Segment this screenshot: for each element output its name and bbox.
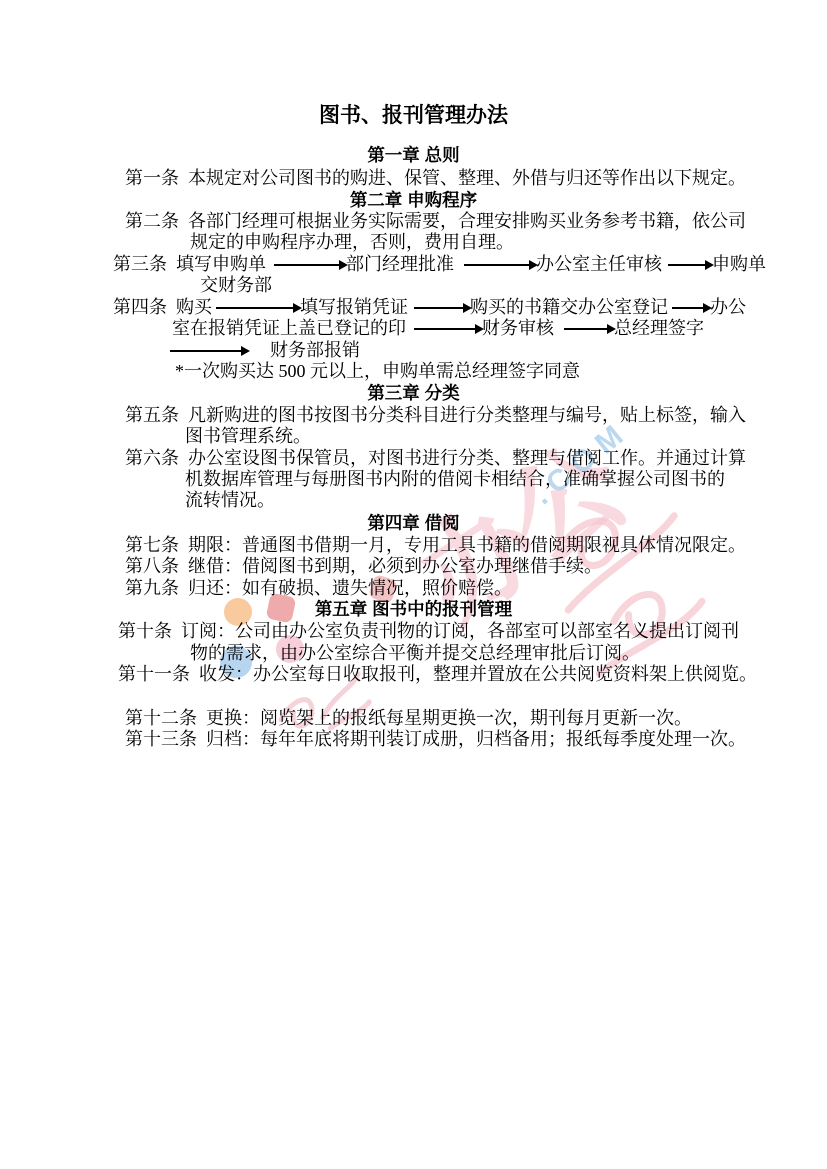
article-4-flow-line-1: 第四条 购买填写报销凭证购买的书籍交办公室登记办公: [113, 298, 746, 317]
flow-step-text: 申购单: [712, 254, 766, 274]
article-10-line-1: 第十条 订阅：公司由办公室负责刊物的订阅，各部室可以部室名义提出订阅刊: [118, 622, 739, 641]
right-arrow-icon: [564, 328, 614, 330]
article-6-line-2: 机数据库管理与每册图书内附的借阅卡相结合，准确掌握公司图书的: [185, 470, 725, 489]
article-3-flow-line-1: 第三条 填写申购单部门经理批准办公室主任审核申购单: [113, 255, 766, 274]
flow-step-text: 第三条 填写申购单: [113, 254, 266, 274]
article-2-line-2: 规定的申购程序办理，否则，费用自理。: [190, 233, 514, 252]
document-page: 办公 .COM 图书、报刊管理办法 第一章 总则 第一条 本规定对公司图书的购进…: [0, 0, 827, 1169]
chapter-4-heading: 第四章 借阅: [0, 514, 827, 533]
chapter-3-heading: 第三章 分类: [0, 384, 827, 403]
chapter-2-heading: 第二章 申购程序: [0, 191, 827, 210]
flow-step-text: 第四条 购买: [113, 297, 212, 317]
article-4-flow-line-3: 财务部报销: [170, 341, 360, 360]
article-4-flow-line-2: 室在报销凭证上盖已登记的印财务审核总经理签字: [172, 319, 704, 338]
article-4-note: *一次购买达 500 元以上，申购单需总经理签字同意: [175, 362, 580, 381]
article-7: 第七条 期限：普通图书借期一月，专用工具书籍的借阅期限视具体情况限定。: [125, 536, 746, 555]
article-12: 第十二条 更换：阅览架上的报纸每星期更换一次，期刊每月更新一次。: [125, 709, 692, 728]
right-arrow-icon: [414, 328, 482, 330]
right-arrow-icon: [414, 307, 470, 309]
flow-step-text: 总经理签字: [614, 318, 704, 338]
right-arrow-icon: [216, 307, 300, 309]
flow-step-text: 办公: [710, 297, 746, 317]
flow-step-text: 办公室主任审核: [536, 254, 662, 274]
right-arrow-icon: [170, 350, 248, 352]
flow-step-text: 填写报销凭证: [300, 297, 408, 317]
article-11: 第十一条 收发：办公室每日收取报刊，整理并置放在公共阅览资料架上供阅览。: [118, 665, 757, 684]
flow-step-text: 购买的书籍交办公室登记: [470, 297, 668, 317]
right-arrow-icon: [672, 307, 710, 309]
article-6-line-3: 流转情况。: [185, 491, 275, 510]
chapter-5-heading: 第五章 图书中的报刊管理: [0, 600, 827, 619]
flow-step-text: 部门经理批准: [346, 254, 454, 274]
article-1: 第一条 本规定对公司图书的购进、保管、整理、外借与归还等作出以下规定。: [125, 169, 746, 188]
right-arrow-icon: [274, 264, 346, 266]
article-5-line-1: 第五条 凡新购进的图书按图书分类科目进行分类整理与编号，贴上标签，输入: [125, 406, 746, 425]
right-arrow-icon: [464, 264, 536, 266]
article-2-line-1: 第二条 各部门经理可根据业务实际需要，合理安排购买业务参考书籍，依公司: [125, 212, 746, 231]
flow-step-text: 室在报销凭证上盖已登记的印: [172, 318, 406, 338]
doc-title: 图书、报刊管理办法: [0, 106, 827, 125]
article-13: 第十三条 归档：每年年底将期刊装订成册，归档备用；报纸每季度处理一次。: [125, 730, 746, 749]
article-5-line-2: 图书管理系统。: [185, 427, 311, 446]
article-10-line-2: 物的需求，由办公室综合平衡并提交总经理审批后订阅。: [190, 644, 640, 663]
right-arrow-icon: [668, 264, 712, 266]
article-8: 第八条 继借：借阅图书到期，必须到办公室办理继借手续。: [125, 557, 602, 576]
article-3-flow-line-2: 交财务部: [200, 276, 272, 295]
flow-step-text: 财务审核: [482, 318, 554, 338]
article-9: 第九条 归还：如有破损、遗失情况，照价赔偿。: [125, 579, 512, 598]
chapter-1-heading: 第一章 总则: [0, 146, 827, 165]
article-6-line-1: 第六条 办公室设图书保管员，对图书进行分类、整理与借阅工作。并通过计算: [125, 449, 746, 468]
flow-step-text: 财务部报销: [270, 340, 360, 360]
